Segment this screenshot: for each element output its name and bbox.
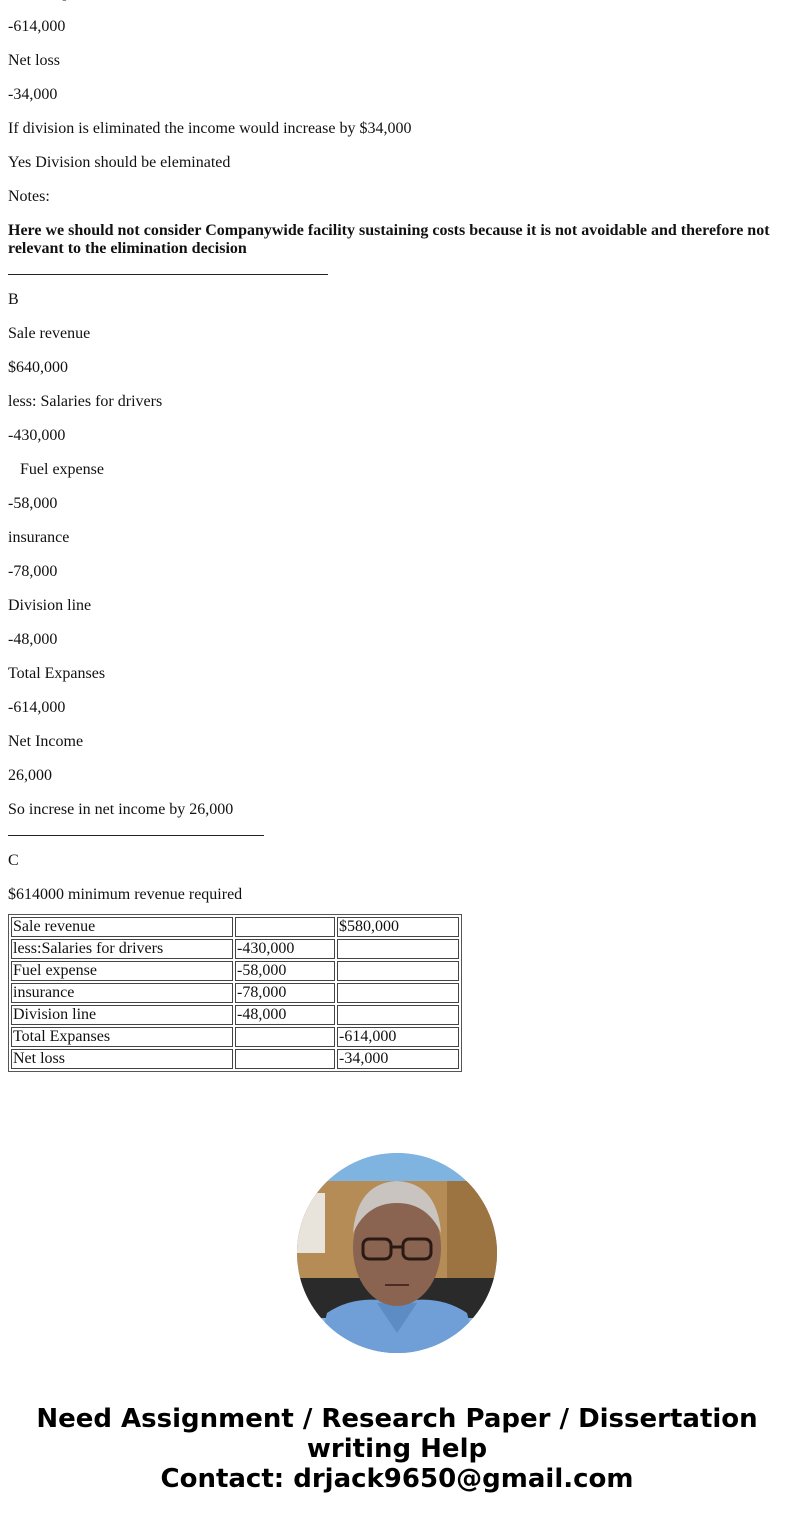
income-statement-table: Sale revenue$580,000less:Salaries for dr… [8, 914, 462, 1072]
row-total [337, 1005, 459, 1025]
row-amount [235, 1049, 335, 1069]
section-b-line: -78,000 [8, 563, 786, 581]
row-total: $580,000 [337, 917, 459, 937]
row-label: Sale revenue [11, 917, 233, 937]
row-total [337, 983, 459, 1003]
promo-line-1: Need Assignment / Research Paper / Disse… [0, 1404, 794, 1434]
section-b-line: less: Salaries for drivers [8, 393, 786, 411]
section-b-line: insurance [8, 529, 786, 547]
conclusion-eliminate: Yes Division should be eleminated [8, 154, 786, 172]
row-amount: -78,000 [235, 983, 335, 1003]
row-label: insurance [11, 983, 233, 1003]
divider [8, 835, 264, 836]
table-row: Fuel expense-58,000 [11, 961, 459, 981]
section-b-line: $640,000 [8, 359, 786, 377]
section-b-line: -58,000 [8, 495, 786, 513]
row-total: -614,000 [337, 1027, 459, 1047]
author-avatar [297, 1153, 497, 1353]
section-b-line: Total Expanses [8, 665, 786, 683]
net-loss-label: Net loss [8, 52, 786, 70]
section-b-line: So increse in net income by 26,000 [8, 801, 786, 819]
row-label: Total Expanses [11, 1027, 233, 1047]
section-b-heading: B [8, 291, 786, 309]
table-row: insurance-78,000 [11, 983, 459, 1003]
divider [8, 274, 328, 275]
section-b-line: -614,000 [8, 699, 786, 717]
row-label: less:Salaries for drivers [11, 939, 233, 959]
row-label: Division line [11, 1005, 233, 1025]
section-b-line: 26,000 [8, 767, 786, 785]
row-amount [235, 1027, 335, 1047]
promo-line-2: writing Help [0, 1434, 794, 1464]
row-label: Fuel expense [11, 961, 233, 981]
net-loss-value: -34,000 [8, 86, 786, 104]
section-b-line: Fuel expense [8, 461, 786, 479]
notes-text: Here we should not consider Companywide … [8, 222, 786, 258]
row-amount [235, 917, 335, 937]
section-b-line: Sale revenue [8, 325, 786, 343]
row-total: -34,000 [337, 1049, 459, 1069]
section-b-line: Division line [8, 597, 786, 615]
table-row: Net loss-34,000 [11, 1049, 459, 1069]
conclusion-income-increase: If division is eliminated the income wou… [8, 120, 786, 138]
row-amount: -430,000 [235, 939, 335, 959]
document-body: Total Expanses -614,000 Net loss -34,000… [8, 0, 786, 1072]
table-row: Division line-48,000 [11, 1005, 459, 1025]
table-row: Sale revenue$580,000 [11, 917, 459, 937]
section-b-line: -48,000 [8, 631, 786, 649]
total-expenses-value: -614,000 [8, 18, 786, 36]
row-total [337, 939, 459, 959]
row-total [337, 961, 459, 981]
promo-contact: Contact: drjack9650@gmail.com [0, 1464, 794, 1494]
section-b-lines: Sale revenue$640,000less: Salaries for d… [8, 325, 786, 819]
row-amount: -48,000 [235, 1005, 335, 1025]
section-c-summary: $614000 minimum revenue required [8, 886, 786, 904]
table-row: less:Salaries for drivers-430,000 [11, 939, 459, 959]
section-b-line: -430,000 [8, 427, 786, 445]
row-label: Net loss [11, 1049, 233, 1069]
section-c-heading: C [8, 852, 786, 870]
promo-banner: Need Assignment / Research Paper / Disse… [0, 1404, 794, 1494]
section-b-line: Net Income [8, 733, 786, 751]
author-photo-icon [297, 1153, 497, 1353]
table-row: Total Expanses-614,000 [11, 1027, 459, 1047]
row-amount: -58,000 [235, 961, 335, 981]
total-expenses-label: Total Expanses [8, 0, 786, 2]
notes-label: Notes: [8, 188, 786, 206]
